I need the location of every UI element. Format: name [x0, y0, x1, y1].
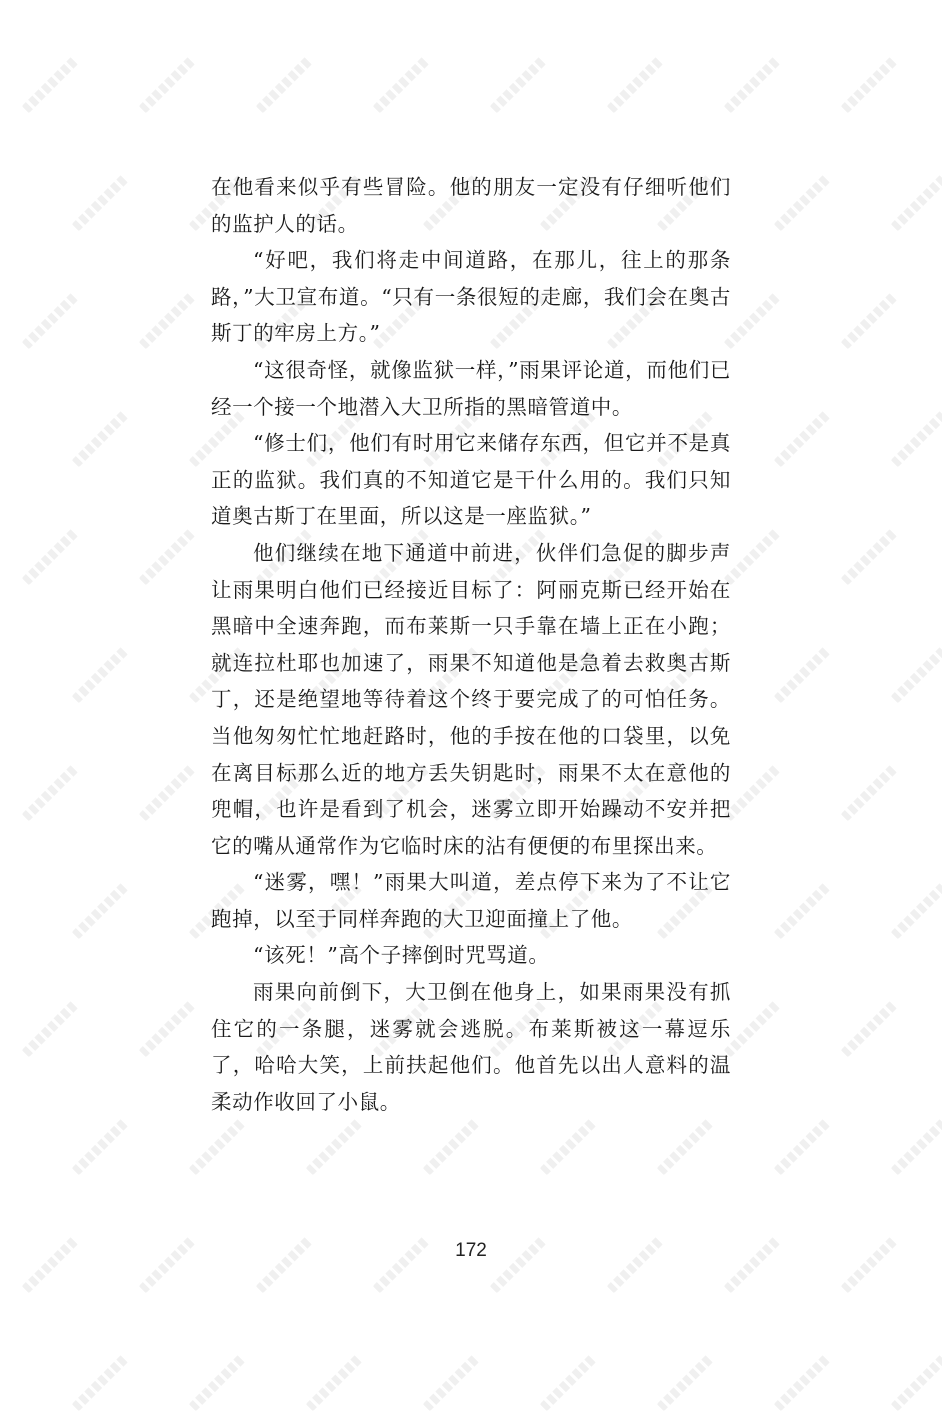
watermark-mark: [607, 57, 664, 114]
paragraph-3: “这很奇怪，就像监狱一样，”雨果评论道，而他们已经一个接一个地潜入大卫所指的黑暗…: [211, 352, 731, 425]
paragraph-8: 雨果向前倒下，大卫倒在他身上，如果雨果没有抓住它的一条腿，迷雾就会逃脱。布莱斯被…: [211, 974, 731, 1120]
watermark-mark: [423, 1355, 480, 1412]
watermark-mark: [72, 1119, 129, 1176]
watermark-mark: [891, 175, 942, 232]
watermark-mark: [22, 293, 79, 350]
paragraph-7: “该死！”高个子摔倒时咒骂道。: [211, 937, 731, 974]
watermark-mark: [423, 1119, 480, 1176]
watermark-mark: [139, 765, 196, 822]
watermark-mark: [490, 57, 547, 114]
watermark-mark: [724, 765, 781, 822]
watermark-mark: [540, 1355, 597, 1412]
watermark-mark: [189, 1119, 246, 1176]
watermark-mark: [139, 529, 196, 586]
watermark-mark: [22, 1001, 79, 1058]
paragraph-2: “好吧，我们将走中间道路，在那儿，往上的那条路，”大卫宣布道。“只有一条很短的走…: [211, 242, 731, 352]
watermark-mark: [774, 175, 831, 232]
watermark-mark: [891, 647, 942, 704]
watermark-mark: [724, 1001, 781, 1058]
watermark-mark: [72, 1355, 129, 1412]
watermark-mark: [891, 1119, 942, 1176]
watermark-mark: [22, 57, 79, 114]
watermark-mark: [139, 1001, 196, 1058]
watermark-mark: [774, 647, 831, 704]
watermark-mark: [724, 57, 781, 114]
watermark-mark: [724, 293, 781, 350]
watermark-mark: [841, 765, 898, 822]
watermark-mark: [72, 883, 129, 940]
page-body: 在他看来似乎有些冒险。他的朋友一定没有仔细听他们的监护人的话。 “好吧，我们将走…: [211, 169, 731, 1120]
watermark-mark: [657, 1355, 714, 1412]
watermark-mark: [774, 1355, 831, 1412]
watermark-mark: [891, 883, 942, 940]
watermark-mark: [306, 1355, 363, 1412]
paragraph-4: “修士们，他们有时用它来储存东西，但它并不是真正的监狱。我们真的不知道它是干什么…: [211, 425, 731, 535]
watermark-mark: [72, 647, 129, 704]
watermark-mark: [139, 293, 196, 350]
watermark-mark: [256, 57, 313, 114]
watermark-mark: [306, 1119, 363, 1176]
paragraph-1: 在他看来似乎有些冒险。他的朋友一定没有仔细听他们的监护人的话。: [211, 169, 731, 242]
page-number: 172: [0, 1240, 942, 1262]
watermark-mark: [841, 1001, 898, 1058]
watermark-mark: [72, 411, 129, 468]
watermark-mark: [774, 883, 831, 940]
watermark-mark: [774, 1119, 831, 1176]
watermark-mark: [724, 529, 781, 586]
paragraph-6: “迷雾，嘿！”雨果大叫道，差点停下来为了不让它跑掉，以至于同样奔跑的大卫迎面撞上…: [211, 864, 731, 937]
watermark-mark: [841, 57, 898, 114]
watermark-mark: [189, 1355, 246, 1412]
watermark-mark: [373, 57, 430, 114]
watermark-mark: [72, 175, 129, 232]
watermark-mark: [841, 529, 898, 586]
watermark-mark: [891, 1355, 942, 1412]
watermark-mark: [22, 529, 79, 586]
watermark-mark: [540, 1119, 597, 1176]
watermark-mark: [774, 411, 831, 468]
watermark-mark: [22, 765, 79, 822]
watermark-mark: [139, 57, 196, 114]
watermark-mark: [841, 293, 898, 350]
paragraph-5: 他们继续在地下通道中前进，伙伴们急促的脚步声让雨果明白他们已经接近目标了：阿丽克…: [211, 535, 731, 864]
watermark-mark: [891, 411, 942, 468]
watermark-mark: [657, 1119, 714, 1176]
